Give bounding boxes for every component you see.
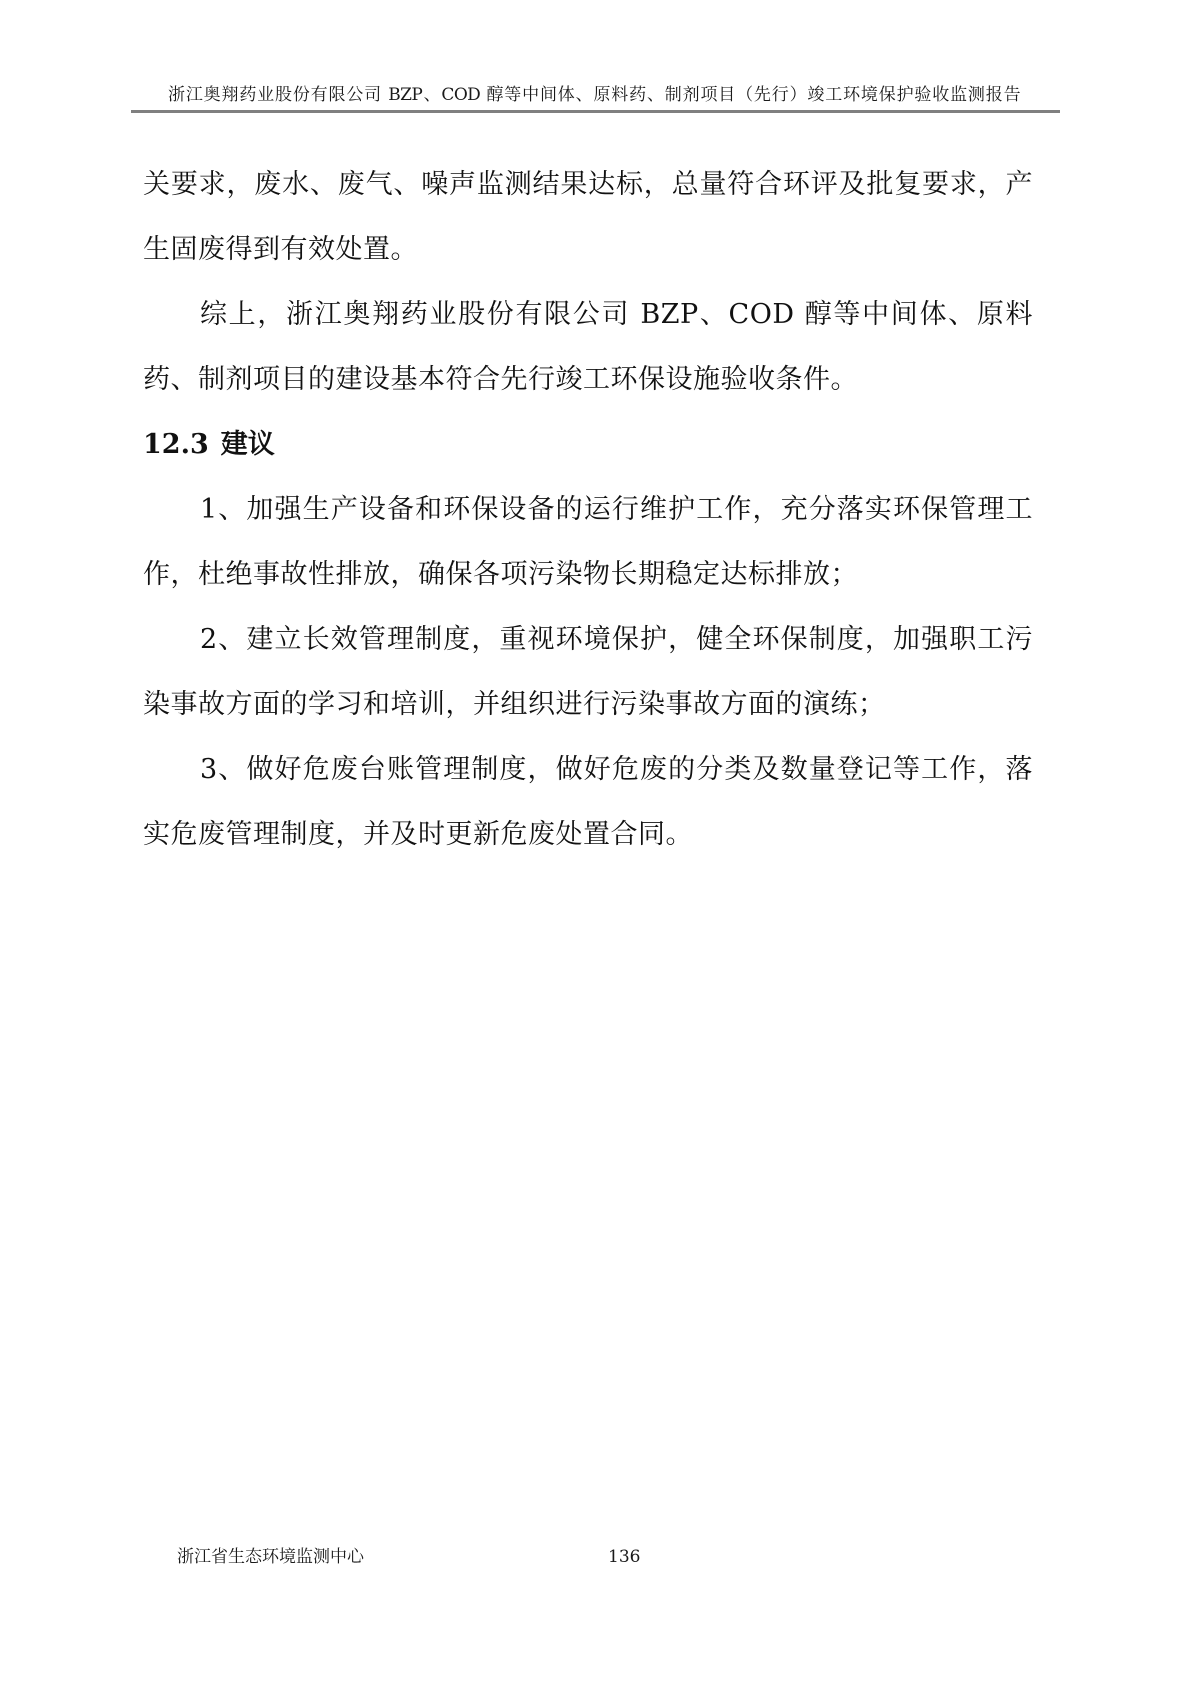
paragraph-summary: 综上，浙江奥翔药业股份有限公司 BZP、COD 醇等中间体、原料药、制剂项目的建… bbox=[143, 282, 1033, 412]
recommendation-item: 2、建立长效管理制度，重视环境保护，健全环保制度，加强职工污染事故方面的学习和培… bbox=[143, 607, 1033, 737]
section-number: 12.3 bbox=[143, 429, 209, 460]
report-title: 浙江奥翔药业股份有限公司 BZP、COD 醇等中间体、原料药、制剂项目（先行）竣… bbox=[168, 84, 1020, 106]
page-footer: 浙江省生态环境监测中心 136 bbox=[177, 1545, 657, 1571]
recommendation-item: 3、做好危废台账管理制度，做好危废的分类及数量登记等工作，落实危废管理制度，并及… bbox=[143, 737, 1033, 867]
footer-organization: 浙江省生态环境监测中心 bbox=[177, 1545, 364, 1569]
page-header: 浙江奥翔药业股份有限公司 BZP、COD 醇等中间体、原料药、制剂项目（先行）竣… bbox=[131, 82, 1060, 113]
page-number: 136 bbox=[608, 1545, 640, 1569]
page-content: 关要求，废水、废气、噪声监测结果达标，总量符合环评及批复要求，产生固废得到有效处… bbox=[143, 152, 1033, 867]
section-heading: 12.3建议 bbox=[143, 412, 1033, 477]
paragraph-conclusion-continued: 关要求，废水、废气、噪声监测结果达标，总量符合环评及批复要求，产生固废得到有效处… bbox=[143, 152, 1033, 282]
recommendation-item: 1、加强生产设备和环保设备的运行维护工作，充分落实环保管理工作，杜绝事故性排放，… bbox=[143, 477, 1033, 607]
section-title: 建议 bbox=[221, 429, 275, 460]
